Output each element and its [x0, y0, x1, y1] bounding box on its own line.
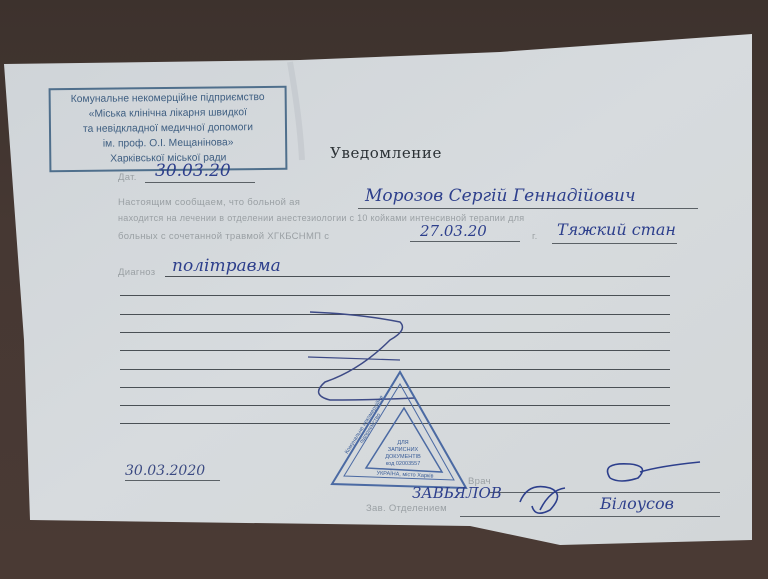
date-label: Дат. — [118, 172, 137, 183]
footer-date: 30.03.2020 — [125, 463, 205, 479]
condition-value: Тяжкий стан — [557, 220, 676, 239]
body-line-3-connector: г. — [532, 231, 538, 242]
body-line-1: Настоящим сообщаем, что больной ая — [118, 197, 300, 208]
footer-date-underline — [125, 480, 220, 481]
condition-underline — [552, 243, 677, 244]
institution-stamp: Комунальне некомерційне підприємство «Мі… — [49, 86, 288, 172]
triangle-stamp-center: ДЛЯ ЗАПИСНИХ ДОКУМЕНТІВ код 02003557 — [368, 440, 438, 468]
admission-date-underline — [410, 241, 520, 242]
notification-document: Комунальне некомерційне підприємство «Мі… — [0, 0, 768, 579]
diagnosis-value: політравма — [172, 256, 281, 276]
head-signature-flourish — [510, 480, 590, 520]
patient-name-underline — [358, 208, 698, 209]
head-name: Білоусов — [600, 494, 674, 513]
date-value: 30.03.20 — [155, 161, 231, 181]
date-underline — [145, 182, 255, 183]
doctor-signature — [590, 458, 710, 488]
head-signature-line — [460, 516, 720, 517]
head-signature: ЗАВЬЯЛОВ — [412, 484, 502, 502]
diagnosis-label: Диагноз — [118, 267, 155, 278]
head-of-department-label: Зав. Отделением — [366, 503, 447, 514]
body-line-3: больных с сочетанной травмой ХГКБСНМП с — [118, 231, 329, 242]
patient-name: Морозов Сергій Геннадійович — [365, 186, 636, 206]
rule-line — [120, 295, 670, 296]
diagnosis-line — [165, 276, 670, 277]
admission-date: 27.03.20 — [420, 222, 487, 240]
document-title: Уведомление — [330, 144, 442, 162]
